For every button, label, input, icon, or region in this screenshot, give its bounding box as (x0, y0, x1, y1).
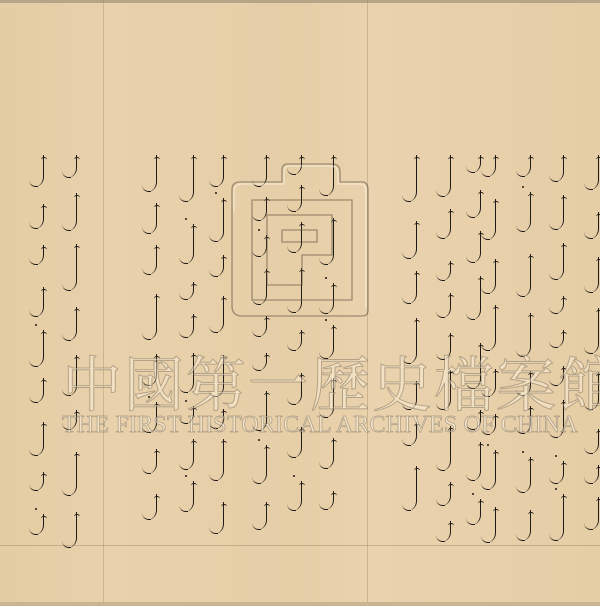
punctuation-dot (472, 493, 474, 495)
punctuation-dot (555, 488, 557, 490)
punctuation-dot (487, 444, 489, 446)
manchu-word (547, 195, 564, 230)
manchu-word (514, 457, 531, 493)
manchu-word (60, 193, 77, 231)
manchu-word (27, 245, 44, 265)
watermark-english: THE FIRST HISTORICAL ARCHIVES OF CHINA (62, 412, 542, 439)
punctuation-dot (555, 455, 557, 457)
manchu-word (177, 481, 194, 512)
manchu-word (27, 287, 44, 317)
manchu-word (60, 512, 77, 548)
manchu-word (434, 482, 451, 506)
manchu-word (177, 282, 194, 300)
manchu-word (140, 494, 157, 520)
manchu-word (60, 452, 77, 496)
manchu-word (547, 330, 564, 348)
punctuation-dot (35, 324, 37, 326)
manchu-word (434, 155, 451, 197)
manchu-word (317, 491, 334, 510)
fold-line (103, 0, 104, 606)
punctuation-dot (215, 192, 217, 194)
manchu-word (27, 378, 44, 403)
top-edge (0, 0, 600, 3)
manchu-word (479, 507, 496, 543)
manchu-word (434, 261, 451, 281)
manchu-word (547, 494, 564, 541)
text-column (545, 155, 565, 545)
manchu-word (582, 212, 599, 239)
manchu-word (400, 271, 417, 304)
archive-seal-watermark-icon (222, 160, 372, 320)
manchu-word (207, 502, 224, 534)
punctuation-dot (185, 218, 187, 220)
manchu-word (514, 155, 531, 177)
manchu-word (207, 439, 224, 481)
manchu-word (140, 294, 157, 340)
manchu-word (177, 314, 194, 338)
manchu-word (250, 502, 267, 530)
manchu-word (177, 439, 194, 470)
manchu-word (582, 257, 599, 293)
manchu-word (27, 422, 44, 456)
manchu-word (140, 245, 157, 275)
manchu-word (582, 155, 599, 190)
manchu-word (434, 209, 451, 239)
punctuation-dot (258, 439, 260, 441)
manchu-word (140, 203, 157, 234)
manchu-word (514, 192, 531, 232)
manchu-word (27, 155, 44, 187)
manchu-word (27, 472, 44, 491)
manchu-word (60, 244, 77, 291)
bottom-rule (0, 545, 600, 546)
manchu-word (582, 308, 599, 354)
manchu-word (547, 296, 564, 314)
manchu-word (479, 450, 496, 490)
manchu-word (400, 466, 417, 511)
manchu-word (60, 155, 77, 178)
manchu-word (547, 155, 564, 182)
manchu-word (547, 461, 564, 484)
punctuation-dot (185, 475, 187, 477)
manchu-word (479, 199, 496, 240)
manchu-word (400, 221, 417, 259)
manchu-word (27, 330, 44, 367)
manchu-word (27, 204, 44, 229)
manchu-word (177, 155, 194, 202)
manchu-word (285, 481, 302, 511)
manchu-word (434, 293, 451, 318)
manchu-word (582, 465, 599, 484)
manchu-word (479, 259, 496, 294)
manchu-word (27, 514, 44, 535)
manchu-word (479, 155, 496, 177)
text-column (25, 155, 45, 545)
manchu-word (400, 155, 417, 202)
manchu-word (140, 449, 157, 474)
bottom-edge (0, 602, 600, 606)
text-column (580, 155, 600, 545)
manchu-word (582, 497, 599, 530)
manchu-word (514, 510, 531, 541)
punctuation-dot (522, 186, 524, 188)
manchu-word (434, 521, 451, 542)
manchu-word (177, 224, 194, 264)
manchu-word (317, 438, 334, 469)
manchu-word (250, 445, 267, 484)
manchu-word (140, 155, 157, 192)
punctuation-dot (293, 475, 295, 477)
manchu-word (514, 254, 531, 297)
manchu-word (582, 429, 599, 454)
manchu-word (60, 307, 77, 341)
manchu-word (547, 243, 564, 280)
manuscript-page: 中國第一歷史檔案館 THE FIRST HISTORICAL ARCHIVES … (0, 0, 600, 606)
punctuation-dot (35, 508, 37, 510)
punctuation-dot (522, 451, 524, 453)
